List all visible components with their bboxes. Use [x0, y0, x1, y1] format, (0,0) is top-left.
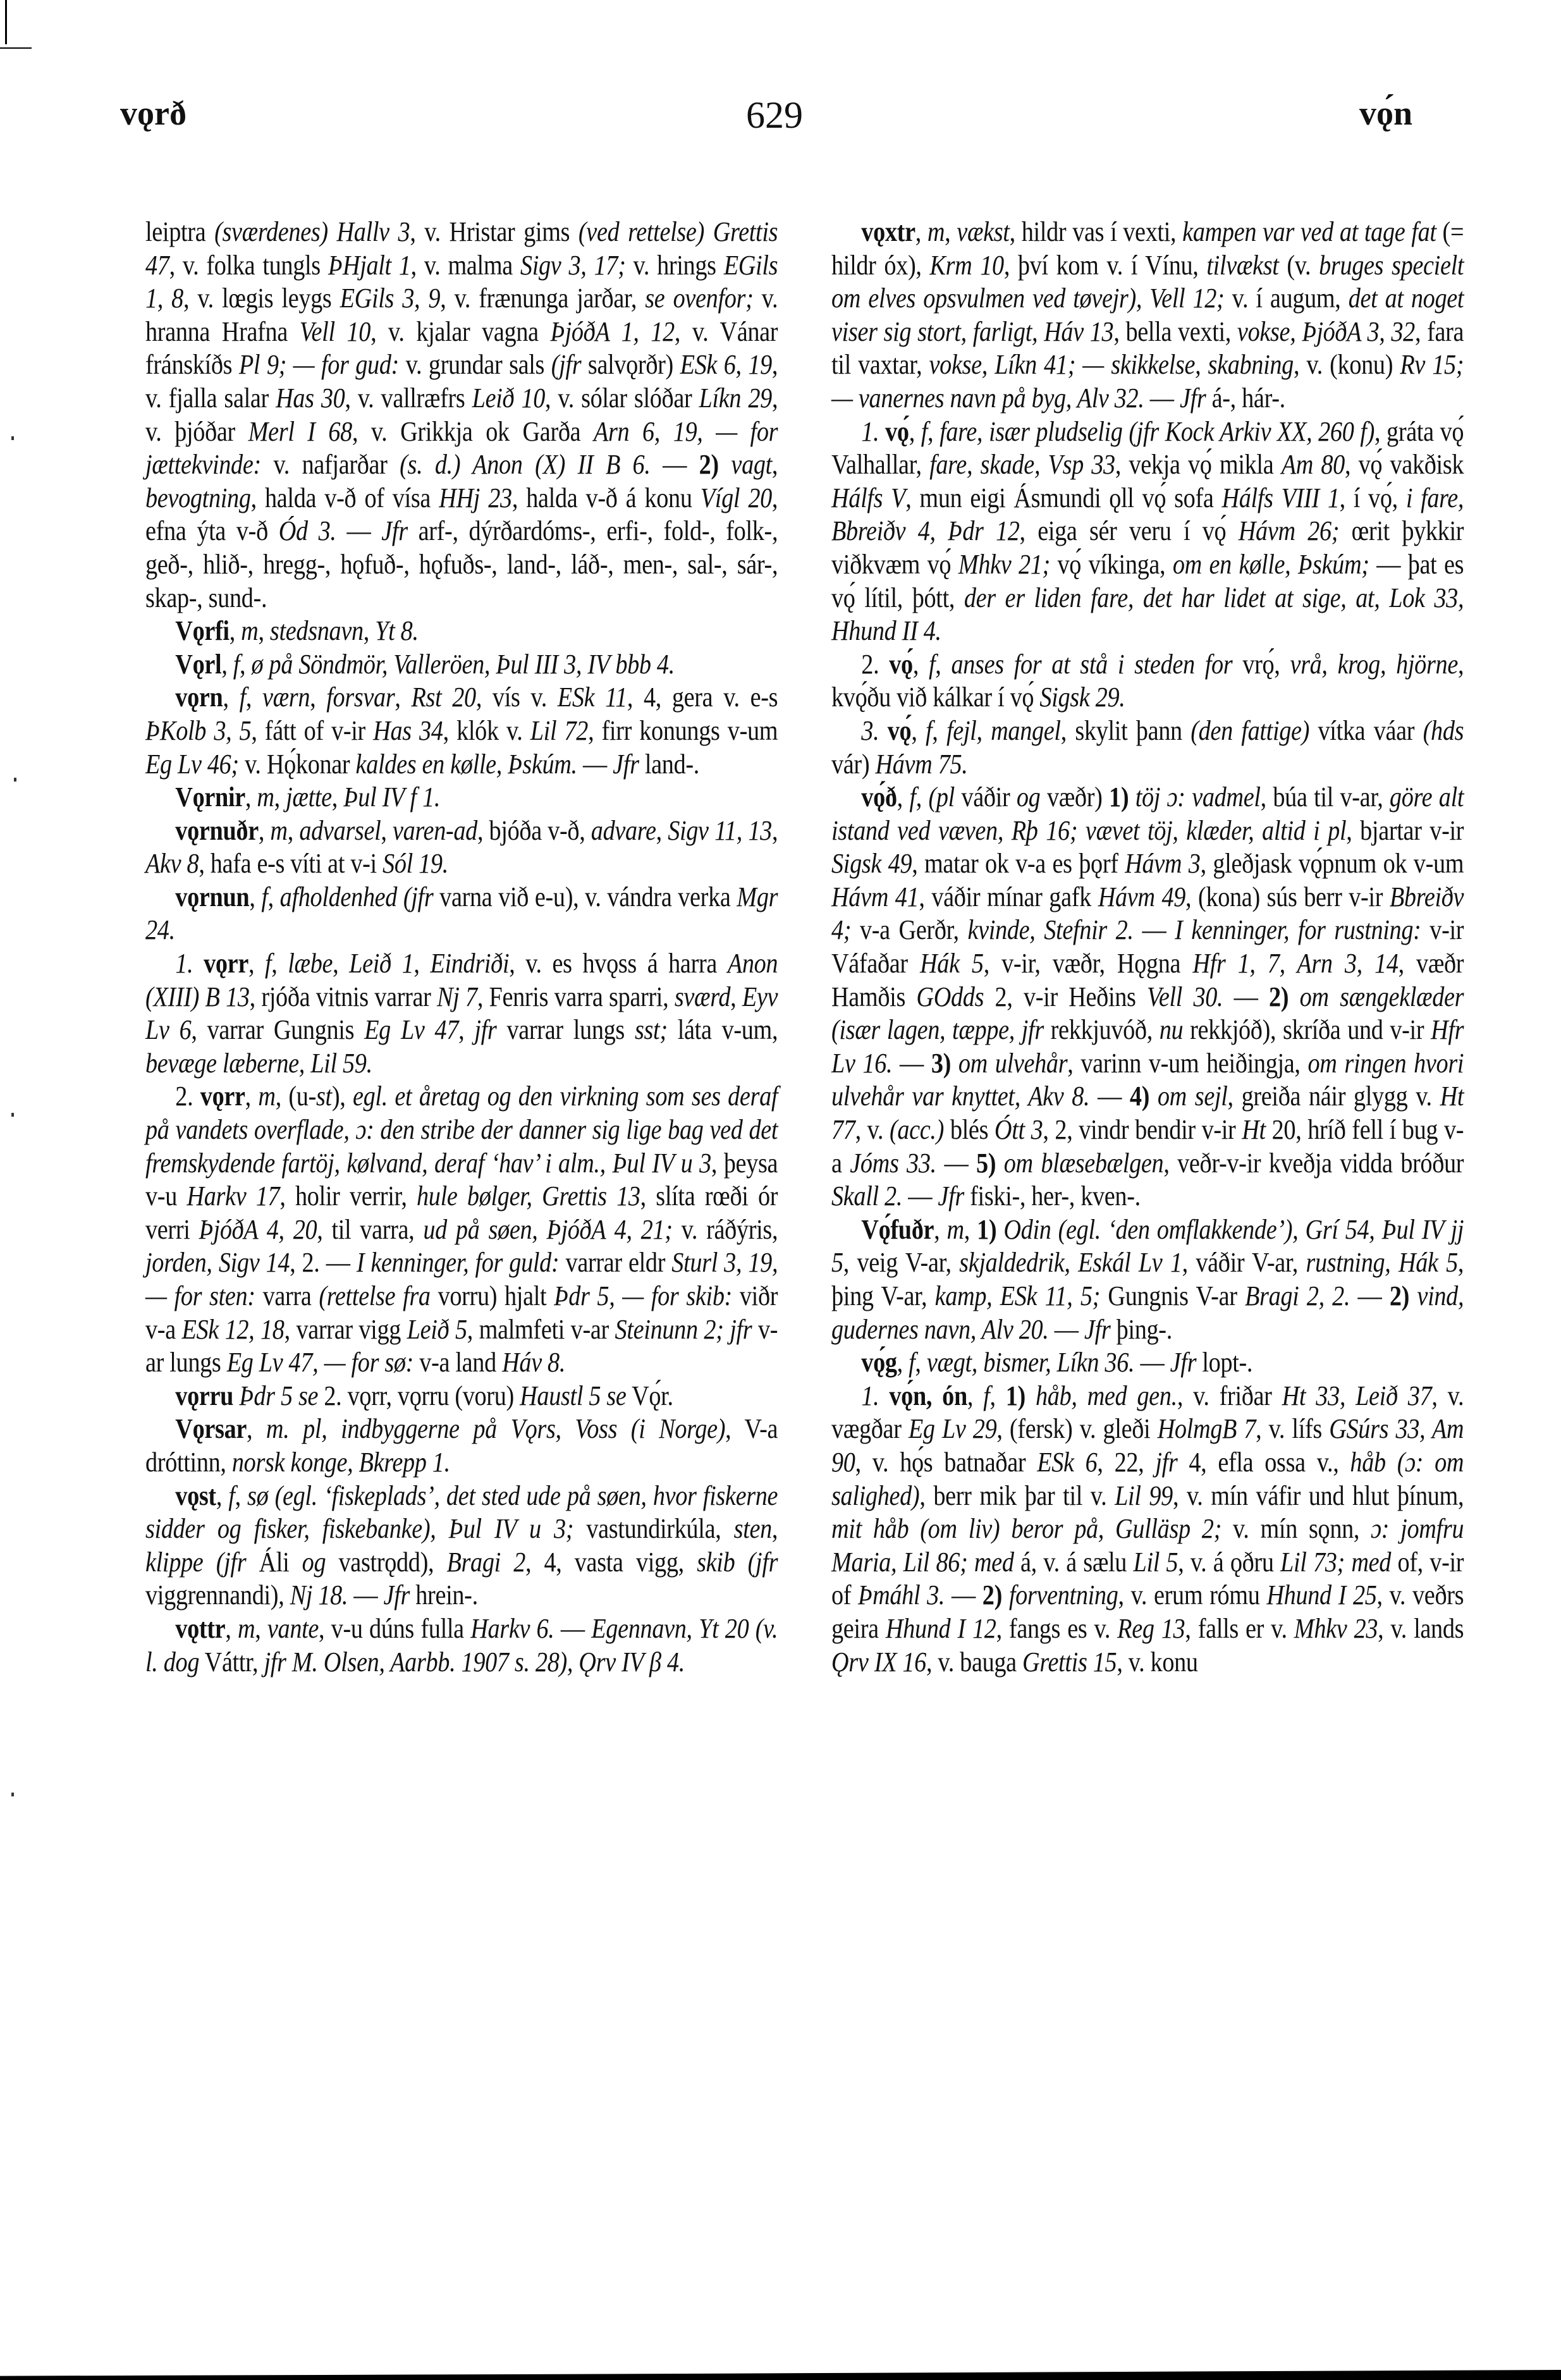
- italic-text: f: [983, 1380, 989, 1411]
- italic-text: Mhkv 23: [1294, 1612, 1378, 1644]
- text: ,: [989, 1380, 1005, 1411]
- text: ,: [927, 415, 940, 447]
- italic-text: Rst 20: [411, 681, 475, 713]
- text: v-a land: [413, 1346, 502, 1378]
- italic-text: vante: [267, 1612, 319, 1644]
- italic-text: Akv 8: [145, 847, 199, 879]
- text: vorru) hjalt: [431, 1280, 554, 1311]
- italic-text: Hávm 26;: [1239, 515, 1339, 546]
- italic-text: varen-ad: [393, 814, 477, 846]
- italic-text: Jóms 33.: [850, 1147, 936, 1179]
- text: —: [348, 1579, 383, 1610]
- headword: vǫ́ð: [861, 781, 897, 813]
- italic-text: norsk konge, Bkrepp 1.: [232, 1446, 450, 1478]
- headword: vǫ́n, ón: [889, 1380, 967, 1411]
- text: 2.: [175, 1080, 200, 1112]
- italic-text: og: [302, 1546, 326, 1578]
- text: —: [1350, 1280, 1390, 1311]
- italic-text: ÞHjalt 1: [328, 249, 411, 281]
- text: váðir: [955, 781, 1017, 813]
- text: , v. konu: [1117, 1646, 1197, 1678]
- italic-text: vækst: [957, 216, 1009, 247]
- text: land-.: [639, 748, 699, 780]
- italic-text: tilvækst: [1206, 249, 1278, 281]
- italic-text: Harkv 6.: [470, 1612, 554, 1644]
- margin-speck: [11, 1113, 14, 1117]
- italic-text: kaldes en kølle, Þskúm.: [356, 748, 577, 780]
- text: , gleðjask vǫ́pnum ok v-um: [1201, 847, 1464, 879]
- italic-text: anses for at stå i steden for: [951, 648, 1232, 680]
- italic-text: Hávm 3: [1125, 847, 1200, 879]
- text: Váttr,: [199, 1646, 264, 1678]
- text: —: [1049, 1313, 1084, 1345]
- text: , v. frænunga jarðar,: [440, 282, 645, 314]
- dictionary-entry: vǫxtr, m, vækst, hildr vas í vexti, kamp…: [831, 215, 1464, 415]
- text: —: [945, 1579, 983, 1610]
- italic-text: f: [261, 881, 267, 912]
- right-guideword: vǫ́n: [1359, 94, 1412, 133]
- text: —: [336, 515, 382, 546]
- headword: vǫ́: [889, 648, 913, 680]
- text: v. hrings: [626, 249, 724, 281]
- italic-text: Hávm 75.: [875, 748, 967, 780]
- text: [996, 1147, 1004, 1179]
- italic-text: Hálfs VIII 1: [1221, 482, 1339, 513]
- italic-text: m: [270, 814, 287, 846]
- italic-text: Hávm 41: [831, 881, 919, 912]
- italic-text: Mhkv 21;: [958, 548, 1050, 580]
- italic-text: og: [1017, 781, 1041, 813]
- italic-text: Has 30: [276, 382, 345, 414]
- headword: vǫttr: [175, 1612, 225, 1644]
- text: ,: [216, 1480, 228, 1511]
- text: leiptra: [145, 216, 214, 247]
- text: , því kom v. í Vínu,: [1004, 249, 1207, 281]
- italic-text: f: [265, 947, 271, 979]
- text: —: [1134, 1346, 1170, 1378]
- italic-text: EGils 3, 9: [340, 282, 441, 314]
- text: , v. Hristar gims: [410, 216, 578, 247]
- text: Vǫ́r.: [627, 1380, 673, 1411]
- right-column: vǫxtr, m, vækst, hildr vas í vexti, kamp…: [831, 215, 1464, 1678]
- text: rekkjóð), skríða und v-ir: [1183, 1014, 1431, 1045]
- italic-text: kamp, ESk 11, 5;: [935, 1280, 1100, 1311]
- text: [879, 715, 887, 746]
- dictionary-entry: Vǫ́fuðr, m, 1) Odin (egl. ‘den omflakken…: [831, 1213, 1464, 1346]
- text: Áli: [246, 1546, 302, 1578]
- text: 2, v-ir Heðins: [984, 981, 1147, 1012]
- text: , varrar vigg: [285, 1313, 407, 1345]
- italic-text: om ulvehår: [958, 1047, 1067, 1079]
- text: , vekja vǫ́ mikla: [1115, 448, 1282, 480]
- text: , 22,: [1097, 1446, 1155, 1478]
- italic-text: Harkv 17: [187, 1180, 279, 1211]
- text: , hafa e-s víti at v-i: [199, 847, 383, 879]
- text: , v. sólar slóðar: [545, 382, 699, 414]
- text: , váðir V-ar,: [1182, 1246, 1306, 1278]
- text: vítka váar: [1309, 715, 1423, 746]
- italic-text: Þdr 5 se: [239, 1380, 318, 1411]
- text: ,: [364, 615, 375, 646]
- left-guideword: vǫrð: [120, 94, 187, 133]
- italic-text: töj ɔ: vadmel: [1136, 781, 1261, 813]
- text: varrar lungs: [496, 1014, 634, 1045]
- italic-text: Reg 13: [1117, 1612, 1185, 1644]
- text: , v. á ǫðru: [1178, 1546, 1280, 1578]
- text: ,: [381, 814, 393, 846]
- text: ,: [332, 781, 343, 813]
- italic-text: Þmáhl 3.: [858, 1579, 945, 1610]
- italic-text: Sigsk 49: [831, 847, 912, 879]
- italic-text: afholdenhed (jfr: [280, 881, 434, 912]
- italic-text: I kenninger, for rustning:: [1175, 914, 1421, 945]
- italic-text: Vell 30.: [1147, 981, 1223, 1012]
- italic-text: Eg Lv 47, — for sø:: [227, 1346, 413, 1378]
- italic-text: Jfr: [1170, 1346, 1196, 1378]
- text: , v. malma: [411, 249, 520, 281]
- text: [1129, 781, 1136, 813]
- text: vár): [831, 748, 875, 780]
- text: 4, efla ossa v.,: [1177, 1446, 1350, 1478]
- italic-text: Skall 2.: [831, 1180, 902, 1211]
- text: á-, hár-.: [1206, 382, 1285, 414]
- text: , 2. —: [290, 1246, 357, 1278]
- italic-text: sværd: [675, 981, 730, 1012]
- italic-text: ÞjóðA 1, 12: [551, 316, 675, 347]
- text: ,: [246, 681, 262, 713]
- italic-text: fare, skade, Vsp 33: [929, 448, 1115, 480]
- text: —: [1134, 914, 1175, 945]
- dictionary-entry: vǫttr, m, vante, v-u dúns fulla Harkv 6.…: [145, 1612, 778, 1678]
- italic-text: jfr: [474, 1014, 496, 1045]
- headword: vǫxtr: [861, 216, 915, 247]
- dictionary-entry: 1. vǫrr, f, læbe, Leið 1, Eindriði, v. e…: [145, 947, 778, 1079]
- italic-text: Am 80: [1282, 448, 1345, 480]
- italic-text: advare: [591, 814, 656, 846]
- dictionary-entry: vǫrru Þdr 5 se 2. vǫrr, vǫrru (voru) Hau…: [145, 1379, 778, 1413]
- italic-text: læbe: [288, 947, 333, 979]
- headword: Vǫrl: [175, 648, 221, 680]
- headword: vǫrr: [204, 947, 248, 979]
- text: , firr konungs v-um: [588, 715, 778, 746]
- italic-text: Yt 8.: [375, 615, 418, 646]
- italic-text: Jfr: [384, 1579, 410, 1610]
- text: , klók v.: [443, 715, 530, 746]
- text: varra: [255, 1280, 319, 1311]
- text: , varrar Gungnis: [191, 1014, 364, 1045]
- italic-text: Sól 19.: [383, 847, 448, 879]
- text: þing-.: [1110, 1313, 1172, 1345]
- italic-text: jætte: [286, 781, 332, 813]
- text: ,: [271, 947, 288, 979]
- headword: 2): [1269, 981, 1289, 1012]
- scan-edge-mark: [5, 0, 7, 44]
- italic-text: Lil 72: [530, 715, 588, 746]
- italic-text: Sigsk 29.: [1039, 681, 1125, 713]
- text: [719, 448, 732, 480]
- headword: vǫst: [175, 1480, 216, 1511]
- text: , skylit þann: [1061, 715, 1191, 746]
- text: , falls er v.: [1185, 1612, 1294, 1644]
- italic-text: f: [909, 781, 915, 813]
- italic-text: forsvar: [326, 681, 395, 713]
- italic-text: kampen var ved at tage fat: [1182, 216, 1436, 247]
- text: , fangs es v.: [996, 1612, 1118, 1644]
- dictionary-entry: vǫrnuðr, m, advarsel, varen-ad, bjóða v-…: [145, 814, 778, 880]
- headword: vǫrr: [200, 1080, 245, 1112]
- italic-text: I kenninger, for guld:: [357, 1246, 560, 1278]
- text: 2. vǫrr, vǫrru (voru): [318, 1380, 520, 1411]
- headword: vǫ́: [888, 715, 912, 746]
- text: ,: [945, 216, 957, 247]
- headword: 1): [1109, 781, 1129, 813]
- italic-text: skjaldedrik, Eskál Lv 1: [959, 1246, 1182, 1278]
- text: , bjóða v-ð,: [477, 814, 591, 846]
- italic-text: Sigv 3, 17;: [520, 249, 626, 281]
- italic-text: sst;: [635, 1014, 668, 1045]
- italic-text: jfr M. Olsen, Aarbb. 1907 s. 28), Ǫrv IV…: [264, 1646, 685, 1678]
- headword: Vǫrfi: [175, 615, 229, 646]
- text: ,: [247, 1413, 266, 1444]
- text: [951, 1047, 958, 1079]
- italic-text: Has 34: [373, 715, 443, 746]
- italic-text: Hák 5: [920, 947, 984, 979]
- italic-text: Jfr: [1084, 1313, 1110, 1345]
- text: , vǫ́ vakðisk: [1345, 448, 1464, 480]
- italic-text: 1.: [861, 1380, 879, 1411]
- text: —: [936, 1147, 976, 1179]
- text: ,: [248, 947, 265, 979]
- italic-text: nu: [1160, 1014, 1184, 1045]
- headword: vǫrnun: [175, 881, 249, 912]
- dictionary-entry: 2. vǫrr, m, (u-st), egl. et åretag og de…: [145, 1079, 778, 1378]
- italic-text: f: [240, 681, 246, 713]
- text: , v. erum rómu: [1118, 1579, 1267, 1610]
- italic-text: Jfr: [381, 515, 407, 546]
- text: ,: [730, 981, 742, 1012]
- text: ,: [288, 814, 300, 846]
- italic-text: Bragi 2, 2.: [1245, 1280, 1350, 1311]
- text: vǫ́ víkinga,: [1050, 548, 1173, 580]
- italic-text: ud på søen, ÞjóðA 4, 21;: [423, 1213, 672, 1245]
- italic-text: (acc.): [890, 1113, 944, 1145]
- dictionary-entry: 1. vǫ́, f, fare, især pludselig (jfr Koc…: [831, 415, 1464, 647]
- text: ,: [967, 1380, 983, 1411]
- italic-text: Hávm 49: [1098, 881, 1185, 912]
- text: , varinn v-um heiðingja,: [1067, 1047, 1307, 1079]
- text: [193, 947, 204, 979]
- text: ,: [245, 781, 257, 813]
- italic-text: m. pl, indbyggerne på Vǫrs, Voss (i Norg…: [266, 1413, 725, 1444]
- text: ),: [332, 1080, 353, 1112]
- italic-text: f: [929, 648, 935, 680]
- text: , fátt of v-ir: [251, 715, 373, 746]
- text: , Fenris varra sparri,: [477, 981, 675, 1012]
- italic-text: Hálfs V: [831, 482, 905, 513]
- italic-text: Hfr 1, 7, Arn 3, 14: [1192, 947, 1398, 979]
- dictionary-entry: vǫ́ð, f, (pl váðir og væðr) 1) töj ɔ: va…: [831, 780, 1464, 1213]
- italic-text: Hhund I 25: [1266, 1579, 1376, 1610]
- text: , veig V-ar,: [843, 1246, 959, 1278]
- dictionary-entry: 1. vǫ́n, ón, f, 1) håb, med gen., v. fri…: [831, 1379, 1464, 1678]
- italic-text: Eg Lv 29: [909, 1413, 997, 1444]
- italic-text: rustning, Hák 5: [1306, 1246, 1458, 1278]
- italic-text: Ótt 3: [995, 1113, 1043, 1145]
- text: , rjóða vitnis varrar: [250, 981, 437, 1012]
- italic-text: mit håb (om liv) beror på, Gulläsp 2;: [831, 1512, 1221, 1544]
- text: , til varra,: [317, 1213, 423, 1245]
- dictionary-entry: vǫrn, f, værn, forsvar, Rst 20, vís v. E…: [145, 680, 778, 780]
- text: ,: [772, 814, 778, 846]
- text: vastundirkúla,: [573, 1512, 733, 1544]
- italic-text: kvinde, Stefnir 2.: [968, 914, 1134, 945]
- headword: vǫrru: [175, 1380, 233, 1411]
- text: varna við e-u), v. vándra verka: [433, 881, 737, 912]
- text: [1409, 1280, 1417, 1311]
- italic-text: Ht 33, Leið 37: [1282, 1380, 1432, 1411]
- text: , v. bauga: [926, 1646, 1022, 1678]
- text: vrǫ́,: [1232, 648, 1290, 680]
- text: , v. kjalar vagna: [370, 316, 550, 347]
- italic-text: HHj 23: [439, 482, 512, 513]
- italic-text: fare, især pludselig (jfr Kock Arkiv XX,…: [940, 415, 1374, 447]
- italic-text: vokse, Líkn 41; — skikkelse, skabning: [929, 348, 1294, 380]
- italic-text: ESk 11: [558, 681, 627, 713]
- italic-text: m: [927, 216, 945, 247]
- dictionary-entry: vǫrnun, f, afholdenhed (jfr varna við e-…: [145, 880, 778, 947]
- text: ,: [772, 1512, 778, 1544]
- headword: vǫ́g: [861, 1346, 897, 1378]
- dictionary-entry: Vǫrnir, m, jætte, Þul IV f 1.: [145, 780, 778, 814]
- dictionary-entry: leiptra (sværdenes) Hallv 3, v. Hristar …: [145, 215, 778, 614]
- italic-text: Hhund I 12: [886, 1612, 996, 1644]
- text: ,: [916, 781, 929, 813]
- italic-text: Haustl 5 se: [520, 1380, 626, 1411]
- text: , halda v-ð of vísa: [251, 482, 439, 513]
- italic-text: Þdr 5, — for skib:: [554, 1280, 732, 1311]
- italic-text: om blæsebælgen: [1004, 1147, 1164, 1179]
- italic-text: Nj 18.: [290, 1579, 348, 1610]
- text: , v. lífs: [1256, 1413, 1329, 1444]
- italic-text: (jfr: [551, 348, 582, 380]
- headword: 1): [1006, 1380, 1025, 1411]
- italic-text: Sigv 11, 13: [668, 814, 772, 846]
- italic-text: om sejl: [1158, 1080, 1228, 1112]
- italic-text: se ovenfor;: [645, 282, 753, 314]
- text: , v-u dúns fulla: [319, 1612, 470, 1644]
- italic-text: skib (jfr: [697, 1546, 778, 1578]
- text: láta v-um,: [668, 1014, 778, 1045]
- text: [1002, 1579, 1009, 1610]
- text: , v.: [855, 1113, 890, 1145]
- text: á, v. á sælu: [1014, 1546, 1134, 1578]
- italic-text: 3.: [861, 715, 879, 746]
- text: ,: [897, 781, 910, 813]
- text: viggrennandi),: [145, 1579, 290, 1610]
- italic-text: Leið 5: [407, 1313, 467, 1345]
- italic-text: (s. d.) Anon (X) II B 6.: [400, 448, 650, 480]
- text: , búa til v-ar,: [1261, 781, 1390, 813]
- margin-speck: [14, 778, 16, 782]
- text: ,: [223, 681, 239, 713]
- text: , matar ok v-a es þǫrf: [912, 847, 1125, 879]
- dictionary-entry: 2. vǫ́, f, anses for at stå i steden for…: [831, 647, 1464, 714]
- text: , v. (konu): [1294, 348, 1400, 380]
- italic-text: Lil 99: [1115, 1480, 1173, 1511]
- text: , v. vallræfrs: [345, 382, 472, 414]
- text: v. ráðýris,: [673, 1213, 778, 1245]
- dictionary-entry: Vǫrl, f, ø på Söndmör, Valleröen, Þul II…: [145, 647, 778, 681]
- text: , veðr-v-ir kveðja vidda bróður: [1163, 1147, 1464, 1179]
- italic-text: Þul IV f 1.: [343, 781, 440, 813]
- text: ,: [772, 448, 778, 480]
- text: —: [554, 1612, 592, 1644]
- text: v. nafjarðar: [261, 448, 400, 480]
- italic-text: Eindriði: [430, 947, 509, 979]
- italic-text: Steinunn 2; jfr: [615, 1313, 752, 1345]
- headword: 4): [1130, 1080, 1149, 1112]
- text: ,: [934, 1213, 946, 1245]
- text: , bjartar v-ir: [1346, 814, 1464, 846]
- text: , mun eigi Ásmundi ǫll vǫ́ sofa: [905, 482, 1221, 513]
- italic-text: m: [238, 1612, 255, 1644]
- text: ,: [249, 881, 261, 912]
- italic-text: sten: [734, 1512, 772, 1544]
- italic-text: Pl 9; — for gud:: [239, 348, 399, 380]
- text: v. grundar sals: [399, 348, 551, 380]
- headword: Vǫrsar: [175, 1413, 247, 1444]
- headword: 3): [931, 1047, 951, 1079]
- italic-text: Eg Lv 47: [364, 1014, 458, 1045]
- italic-text: Lil 73; med: [1280, 1546, 1391, 1578]
- italic-text: st: [316, 1080, 332, 1112]
- text: vastrǫdd),: [326, 1546, 446, 1578]
- italic-text: Lil 5: [1134, 1546, 1178, 1578]
- text: , v. folka tungls: [169, 249, 328, 281]
- italic-text: jorden, Sigv 14: [145, 1246, 290, 1278]
- text: blés: [944, 1113, 995, 1145]
- text: —: [892, 1047, 931, 1079]
- text: væðr): [1040, 781, 1109, 813]
- margin-speck: [11, 436, 14, 440]
- text: [879, 1380, 889, 1411]
- dictionary-entry: vǫst, f, sø (egl. ‘fiskeplads’, det sted…: [145, 1479, 778, 1612]
- text: ,: [964, 1213, 977, 1245]
- headword: Vǫ́fuðr: [861, 1213, 934, 1245]
- italic-text: Nj 7: [437, 981, 477, 1012]
- text: varrar eldr: [559, 1246, 671, 1278]
- italic-text: (hds: [1423, 715, 1464, 746]
- margin-speck: [11, 1793, 14, 1796]
- text: [1025, 1380, 1036, 1411]
- text: , v-ir, væðr, Hǫgna: [984, 947, 1193, 979]
- text: ,: [913, 648, 929, 680]
- text: v. í augum,: [1224, 282, 1348, 314]
- text: ,: [258, 615, 269, 646]
- italic-text: vagt: [731, 448, 772, 480]
- dictionary-page: vǫrð 629 vǫ́n leiptra (sværdenes) Hallv …: [0, 0, 1561, 2380]
- italic-text: ÞKolb 3, 5: [145, 715, 251, 746]
- dictionary-entry: vǫ́g, f, vægt, bismer, Líkn 36. — Jfr lo…: [831, 1346, 1464, 1379]
- italic-text: Vígl 20: [701, 482, 772, 513]
- italic-text: klippe (jfr: [145, 1546, 246, 1578]
- headword: vǫrnuðr: [175, 814, 259, 846]
- text: [233, 1380, 239, 1411]
- text: —: [1144, 382, 1180, 414]
- italic-text: m: [241, 615, 258, 646]
- text: (v.: [1279, 249, 1319, 281]
- italic-text: Líkn 29: [699, 382, 772, 414]
